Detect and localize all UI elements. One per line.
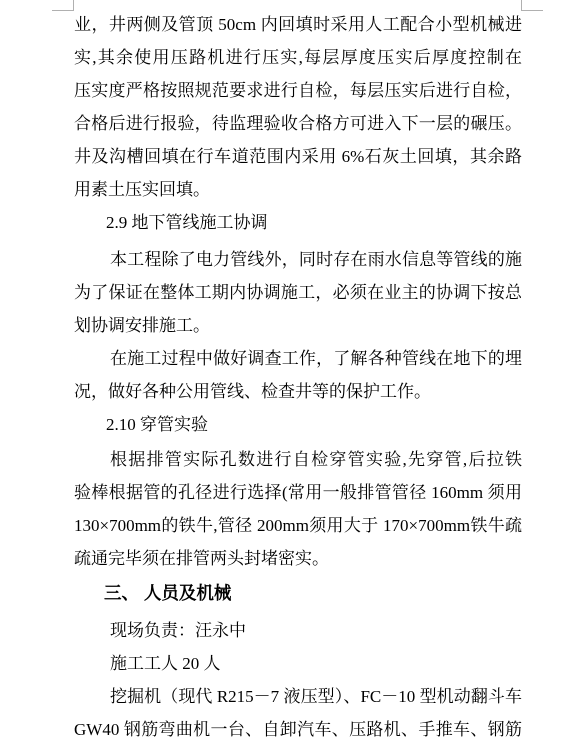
text-line: 业，井两侧及管顶 50cm 内回填时采用人工配合小型机械进行夯 <box>74 8 522 41</box>
text-line: 为了保证在整体工期内协调施工，必须在业主的协调下按总体计 <box>74 276 522 309</box>
text-line: 验棒根据管的孔径进行选择(常用一般排管管径 160mm 须用大于 <box>74 476 522 509</box>
paragraph: 挖掘机（现代 R215－7 液压型）、FC－10 型机动翻斗车一台、 GW40 … <box>74 680 522 746</box>
text-line: 划协调安排施工。 <box>74 309 522 342</box>
text-line: 在施工过程中做好调查工作，了解各种管线在地下的埋设情 <box>74 342 522 375</box>
heading-text: 2.10 穿管实验 <box>74 408 522 441</box>
text-line: 合格后进行报验，待监理验收合格方可进入下一层的碾压。电力 <box>74 107 522 140</box>
text-line: 井及沟槽回填在行车道范围内采用 6%石灰土回填，其余路段采 <box>74 140 522 173</box>
text-line: 现场负责：汪永中 <box>74 614 522 647</box>
text-line: 施工工人 20 人 <box>74 647 522 680</box>
text-line: 实,其余使用压路机进行压实,每层厚度压实后厚度控制在 20cm, <box>74 41 522 74</box>
text-line: 130×700mm的铁牛,管径 200mm须用大于 170×700mm铁牛疏通)… <box>74 509 522 542</box>
section-heading-2-10: 2.10 穿管实验 <box>74 408 522 441</box>
paragraph: 在施工过程中做好调查工作，了解各种管线在地下的埋设情 况，做好各种公用管线、检查… <box>74 342 522 408</box>
text-line: 挖掘机（现代 R215－7 液压型）、FC－10 型机动翻斗车一台、 <box>74 680 522 713</box>
paragraph: 业，井两侧及管顶 50cm 内回填时采用人工配合小型机械进行夯 实,其余使用压路… <box>74 8 522 206</box>
chapter-heading-personnel-machinery: 三、 人员及机械 <box>74 577 522 610</box>
document-text-area: 业，井两侧及管顶 50cm 内回填时采用人工配合小型机械进行夯 实,其余使用压路… <box>74 8 522 746</box>
section-heading-2-9: 2.9 地下管线施工协调 <box>74 206 522 239</box>
paragraph: 根据排管实际孔数进行自检穿管实验,先穿管,后拉铁牛。试 验棒根据管的孔径进行选择… <box>74 443 522 575</box>
text-line: 根据排管实际孔数进行自检穿管实验,先穿管,后拉铁牛。试 <box>74 443 522 476</box>
text-line: 压实度严格按照规范要求进行自检，每层压实后进行自检，自检 <box>74 74 522 107</box>
text-line: 用素土压实回填。 <box>74 173 522 206</box>
crop-mark-right-icon <box>521 0 543 11</box>
page: { "page": { "background_color": "#ffffff… <box>0 0 582 746</box>
text-line: 本工程除了电力管线外，同时存在雨水信息等管线的施工， <box>74 243 522 276</box>
text-line: 况，做好各种公用管线、检查井等的保护工作。 <box>74 375 522 408</box>
paragraph: 本工程除了电力管线外，同时存在雨水信息等管线的施工， 为了保证在整体工期内协调施… <box>74 243 522 342</box>
heading-text: 三、 人员及机械 <box>74 577 522 610</box>
paragraph: 现场负责：汪永中 <box>74 614 522 647</box>
text-line: 疏通完毕须在排管两头封堵密实。 <box>74 542 522 575</box>
crop-mark-left-icon <box>52 0 74 11</box>
text-line: GW40 钢筋弯曲机一台、自卸汽车、压路机、手推车、钢筋加工 <box>74 713 522 746</box>
heading-text: 2.9 地下管线施工协调 <box>74 206 522 239</box>
paragraph: 施工工人 20 人 <box>74 647 522 680</box>
